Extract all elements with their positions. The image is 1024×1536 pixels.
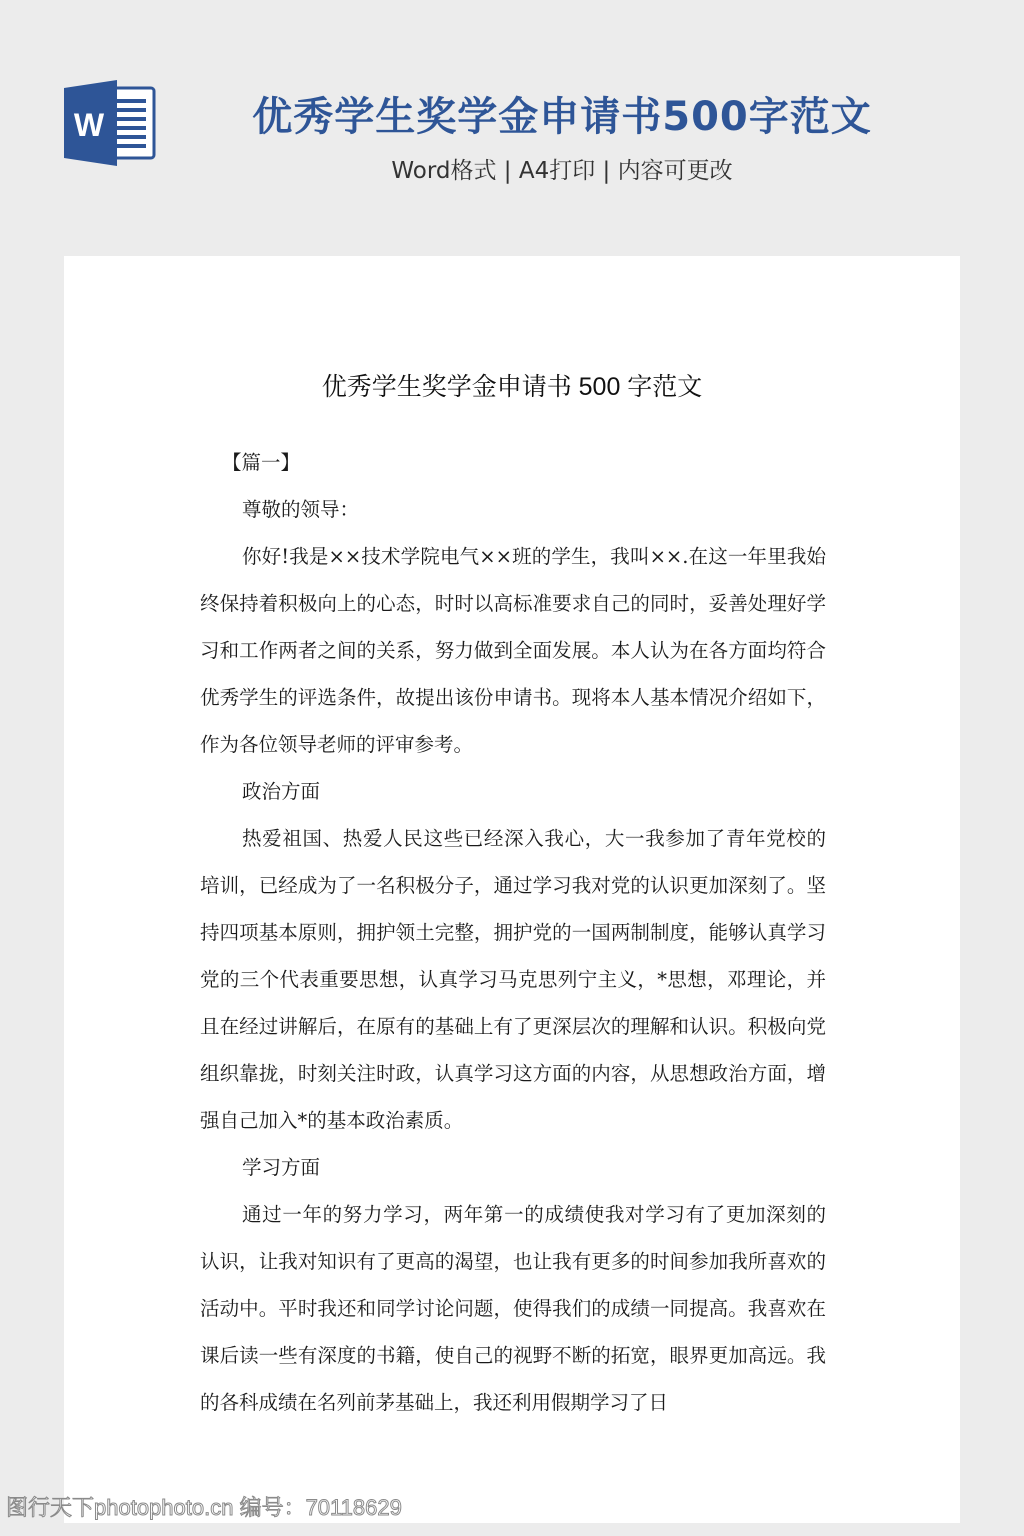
svg-text:W: W xyxy=(74,107,105,143)
paragraph-politics: 热爱祖国、热爱人民这些已经深入我心，大一我参加了青年党校的培训，已经成为了一名积… xyxy=(200,815,826,1144)
paragraph-study: 通过一年的努力学习，两年第一的成绩使我对学习有了更加深刻的认识，让我对知识有了更… xyxy=(200,1191,826,1426)
paragraph-intro: 你好!我是××技术学院电气××班的学生，我叫××.在这一年里我始终保持着积极向上… xyxy=(200,533,826,768)
document-body: 【篇一】 尊敬的领导： 你好!我是××技术学院电气××班的学生，我叫××.在这一… xyxy=(200,439,826,1426)
word-document-icon: W xyxy=(64,80,158,166)
salutation: 尊敬的领导： xyxy=(200,486,826,533)
section-tag: 【篇一】 xyxy=(200,439,826,486)
document-title: 优秀学生奖学金申请书 500 字范文 xyxy=(64,369,960,405)
header-banner: W 优秀学生奖学金申请书500字范文 Word格式 | A4打印 | 内容可更改 xyxy=(0,0,1024,256)
header-title: 优秀学生奖学金申请书500字范文 xyxy=(200,92,924,142)
document-page: 优秀学生奖学金申请书 500 字范文 【篇一】 尊敬的领导： 你好!我是××技术… xyxy=(64,256,960,1523)
watermark-text: 图行天下photophoto.cn 编号：70118629 xyxy=(6,1493,402,1523)
section-heading-politics: 政治方面 xyxy=(200,768,826,815)
section-heading-study: 学习方面 xyxy=(200,1144,826,1191)
header-subtitle: Word格式 | A4打印 | 内容可更改 xyxy=(200,154,924,188)
